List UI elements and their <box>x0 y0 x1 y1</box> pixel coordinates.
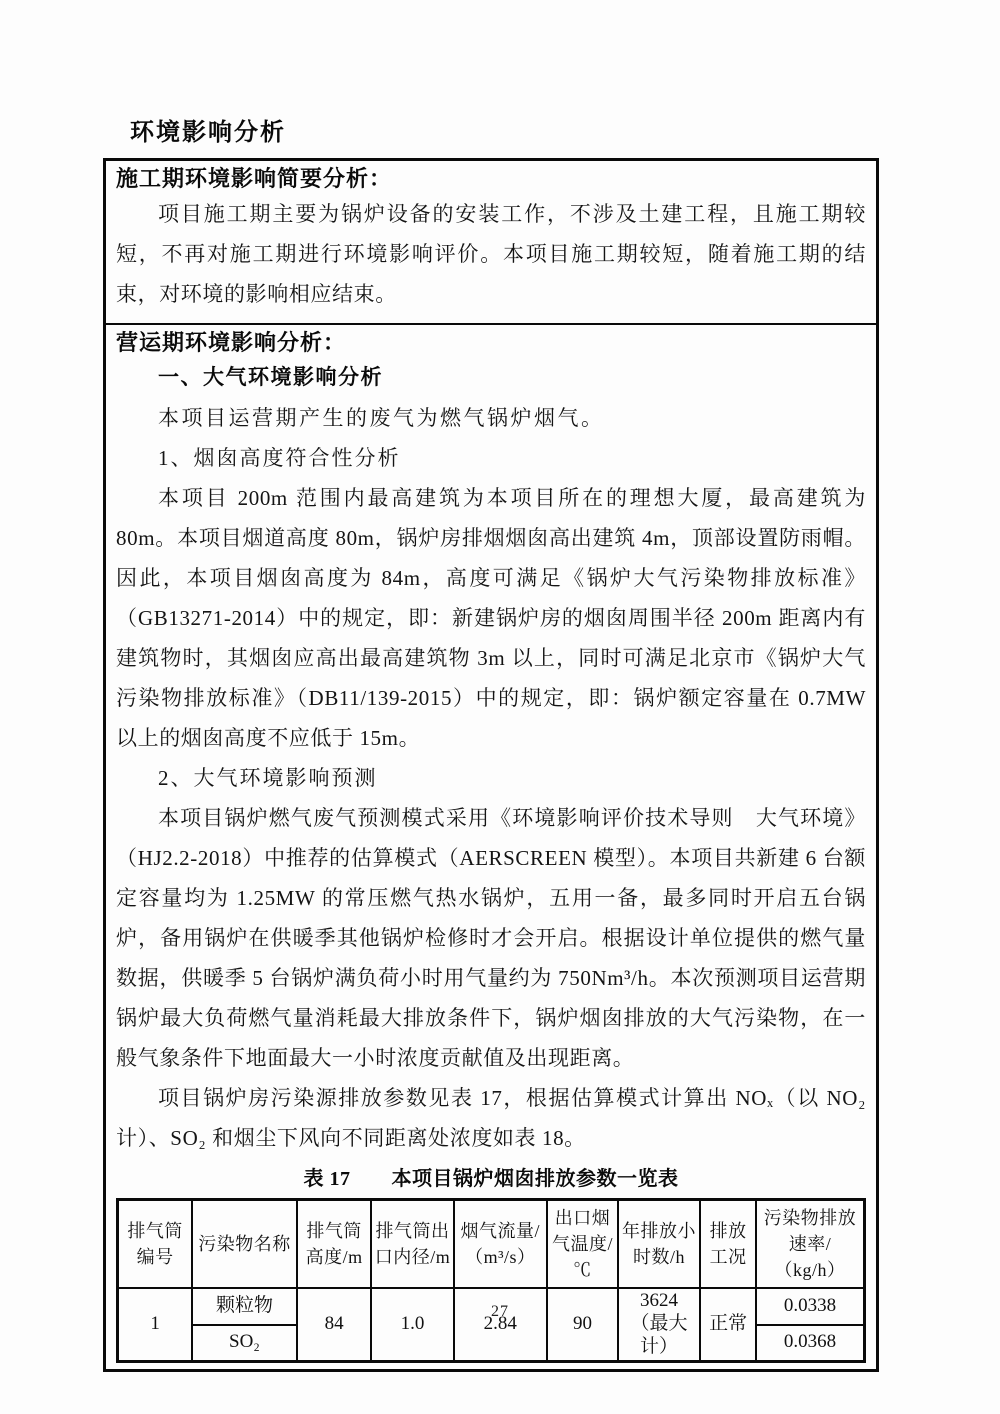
header-emission-rate: 污染物排放速率/（kg/h） <box>756 1200 864 1289</box>
table17-caption: 表 17 本项目锅炉烟囱排放参数一览表 <box>116 1166 866 1192</box>
content-box: 施工期环境影响简要分析： 项目施工期主要为锅炉设备的安装工作，不涉及土建工程，且… <box>103 158 879 1372</box>
operation-heading: 营运期环境影响分析： <box>116 328 866 358</box>
cell-outlet-temp: 90 <box>547 1288 618 1361</box>
header-stack-no: 排气筒编号 <box>118 1200 193 1289</box>
page-title: 环境影响分析 <box>130 112 286 147</box>
table-header-row: 排气筒编号 污染物名称 排气筒高度/m 排气筒出口内径/m 烟气流量/（m³/s… <box>118 1200 865 1289</box>
emission-parameters-table: 排气筒编号 污染物名称 排气筒高度/m 排气筒出口内径/m 烟气流量/（m³/s… <box>116 1198 866 1363</box>
cell-outlet-diameter: 1.0 <box>371 1288 453 1361</box>
cell-discharge-condition: 正常 <box>700 1288 756 1361</box>
document-page: 环境影响分析 施工期环境影响简要分析： 项目施工期主要为锅炉设备的安装工作，不涉… <box>0 0 1000 1414</box>
page-number: 27 <box>0 1303 1000 1321</box>
construction-heading: 施工期环境影响简要分析： <box>116 164 866 194</box>
header-annual-hours: 年排放小时数/h <box>618 1200 700 1289</box>
air-impact-heading: 一、大气环境影响分析 <box>116 358 866 398</box>
prediction-paragraph: 本项目锅炉燃气废气预测模式采用《环境影响评价技术导则 大气环境》（HJ2.2-2… <box>116 798 866 1078</box>
cell-annual-hours: 3624 （最大计） <box>618 1288 700 1361</box>
stack-height-heading: 1、烟囱高度符合性分析 <box>116 438 866 478</box>
prediction-heading: 2、大气环境影响预测 <box>116 758 866 798</box>
header-outlet-temp: 出口烟气温度/℃ <box>547 1200 618 1289</box>
construction-paragraph: 项目施工期主要为锅炉设备的安装工作，不涉及土建工程，且施工期较短，不再对施工期进… <box>116 194 866 314</box>
header-flue-gas-flow: 烟气流量/（m³/s） <box>454 1200 547 1289</box>
stack-height-paragraph: 本项目 200m 范围内最高建筑为本项目所在的理想大厦，最高建筑为 80m。本项… <box>116 478 866 758</box>
section-operation: 营运期环境影响分析： 一、大气环境影响分析 本项目运营期产生的废气为燃气锅炉烟气… <box>106 325 876 1369</box>
cell-stack-height: 84 <box>297 1288 372 1361</box>
operation-intro-paragraph: 本项目运营期产生的废气为燃气锅炉烟气。 <box>116 398 866 438</box>
header-outlet-diameter: 排气筒出口内径/m <box>371 1200 453 1289</box>
cell-flue-gas-flow: 2.84 <box>454 1288 547 1361</box>
table-intro-paragraph: 项目锅炉房污染源排放参数见表 17，根据估算模式计算出 NOₓ（以 NO₂ 计）… <box>116 1078 866 1158</box>
cell-stack-no: 1 <box>118 1288 193 1361</box>
header-stack-height: 排气筒高度/m <box>297 1200 372 1289</box>
cell-pollutant-so2: SO₂ <box>192 1325 297 1361</box>
header-discharge-condition: 排放工况 <box>700 1200 756 1289</box>
header-pollutant-name: 污染物名称 <box>192 1200 297 1289</box>
section-construction: 施工期环境影响简要分析： 项目施工期主要为锅炉设备的安装工作，不涉及土建工程，且… <box>106 161 876 325</box>
cell-emission-rate-so2: 0.0368 <box>756 1325 864 1361</box>
